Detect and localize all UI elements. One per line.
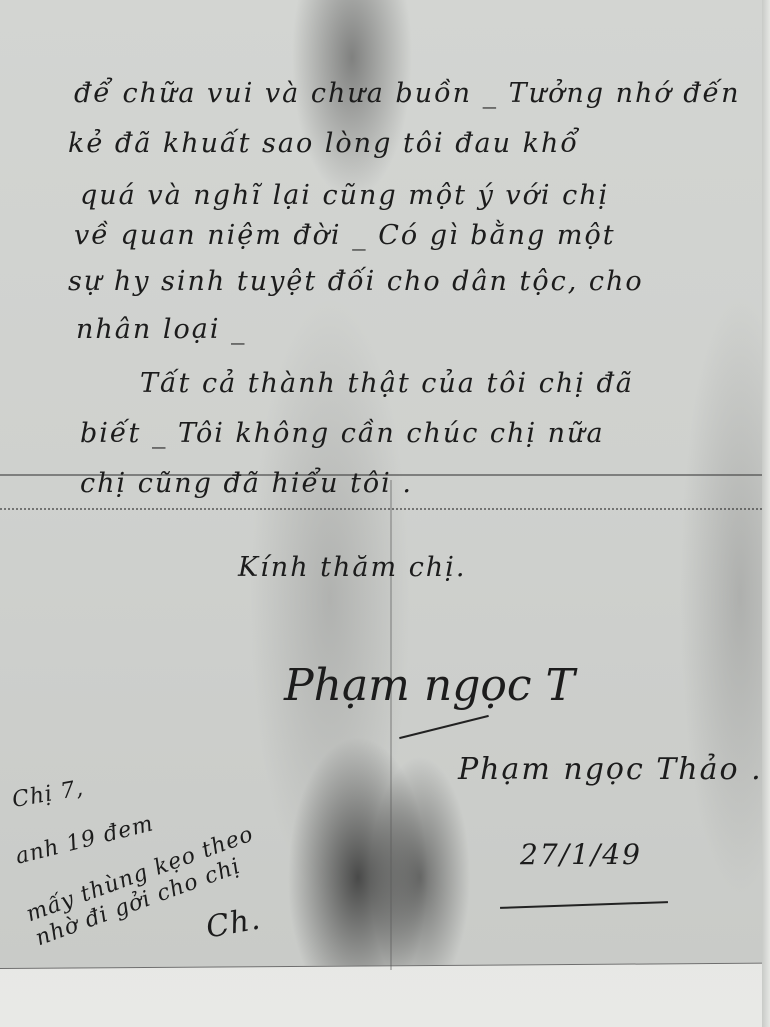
dotted-fold-line: [0, 508, 762, 510]
letter-line-2: kẻ đã khuất sao lòng tôi đau khổ: [68, 128, 579, 159]
document-page: để chữa vui và chưa buồn _ Tưởng nhớ đến…: [0, 0, 770, 1027]
page-edge: [762, 0, 770, 1027]
letter-line-5: sự hy sinh tuyệt đối cho dân tộc, cho: [68, 266, 644, 297]
letter-line-4: về quan niệm đời _ Có gì bằng một: [74, 220, 616, 251]
letter-line-7: Tất cả thành thật của tôi chị đã: [140, 368, 634, 399]
letter-line-8: biết _ Tôi không cần chúc chị nữa: [80, 418, 605, 449]
letter-line-9: chị cũng đã hiểu tôi .: [80, 468, 413, 499]
letter-line-1: để chữa vui và chưa buồn _ Tưởng nhớ đến: [74, 78, 741, 109]
closing-salutation: Kính thăm chị.: [238, 552, 466, 583]
signature: Phạm ngọc T: [284, 660, 575, 711]
printed-name: Phạm ngọc Thảo .: [458, 752, 763, 787]
date: 27/1/49: [520, 838, 642, 871]
letter-line-3: quá và nghĩ lại cũng một ý với chị: [80, 180, 609, 211]
letter-line-6: nhân loại _: [76, 314, 247, 345]
